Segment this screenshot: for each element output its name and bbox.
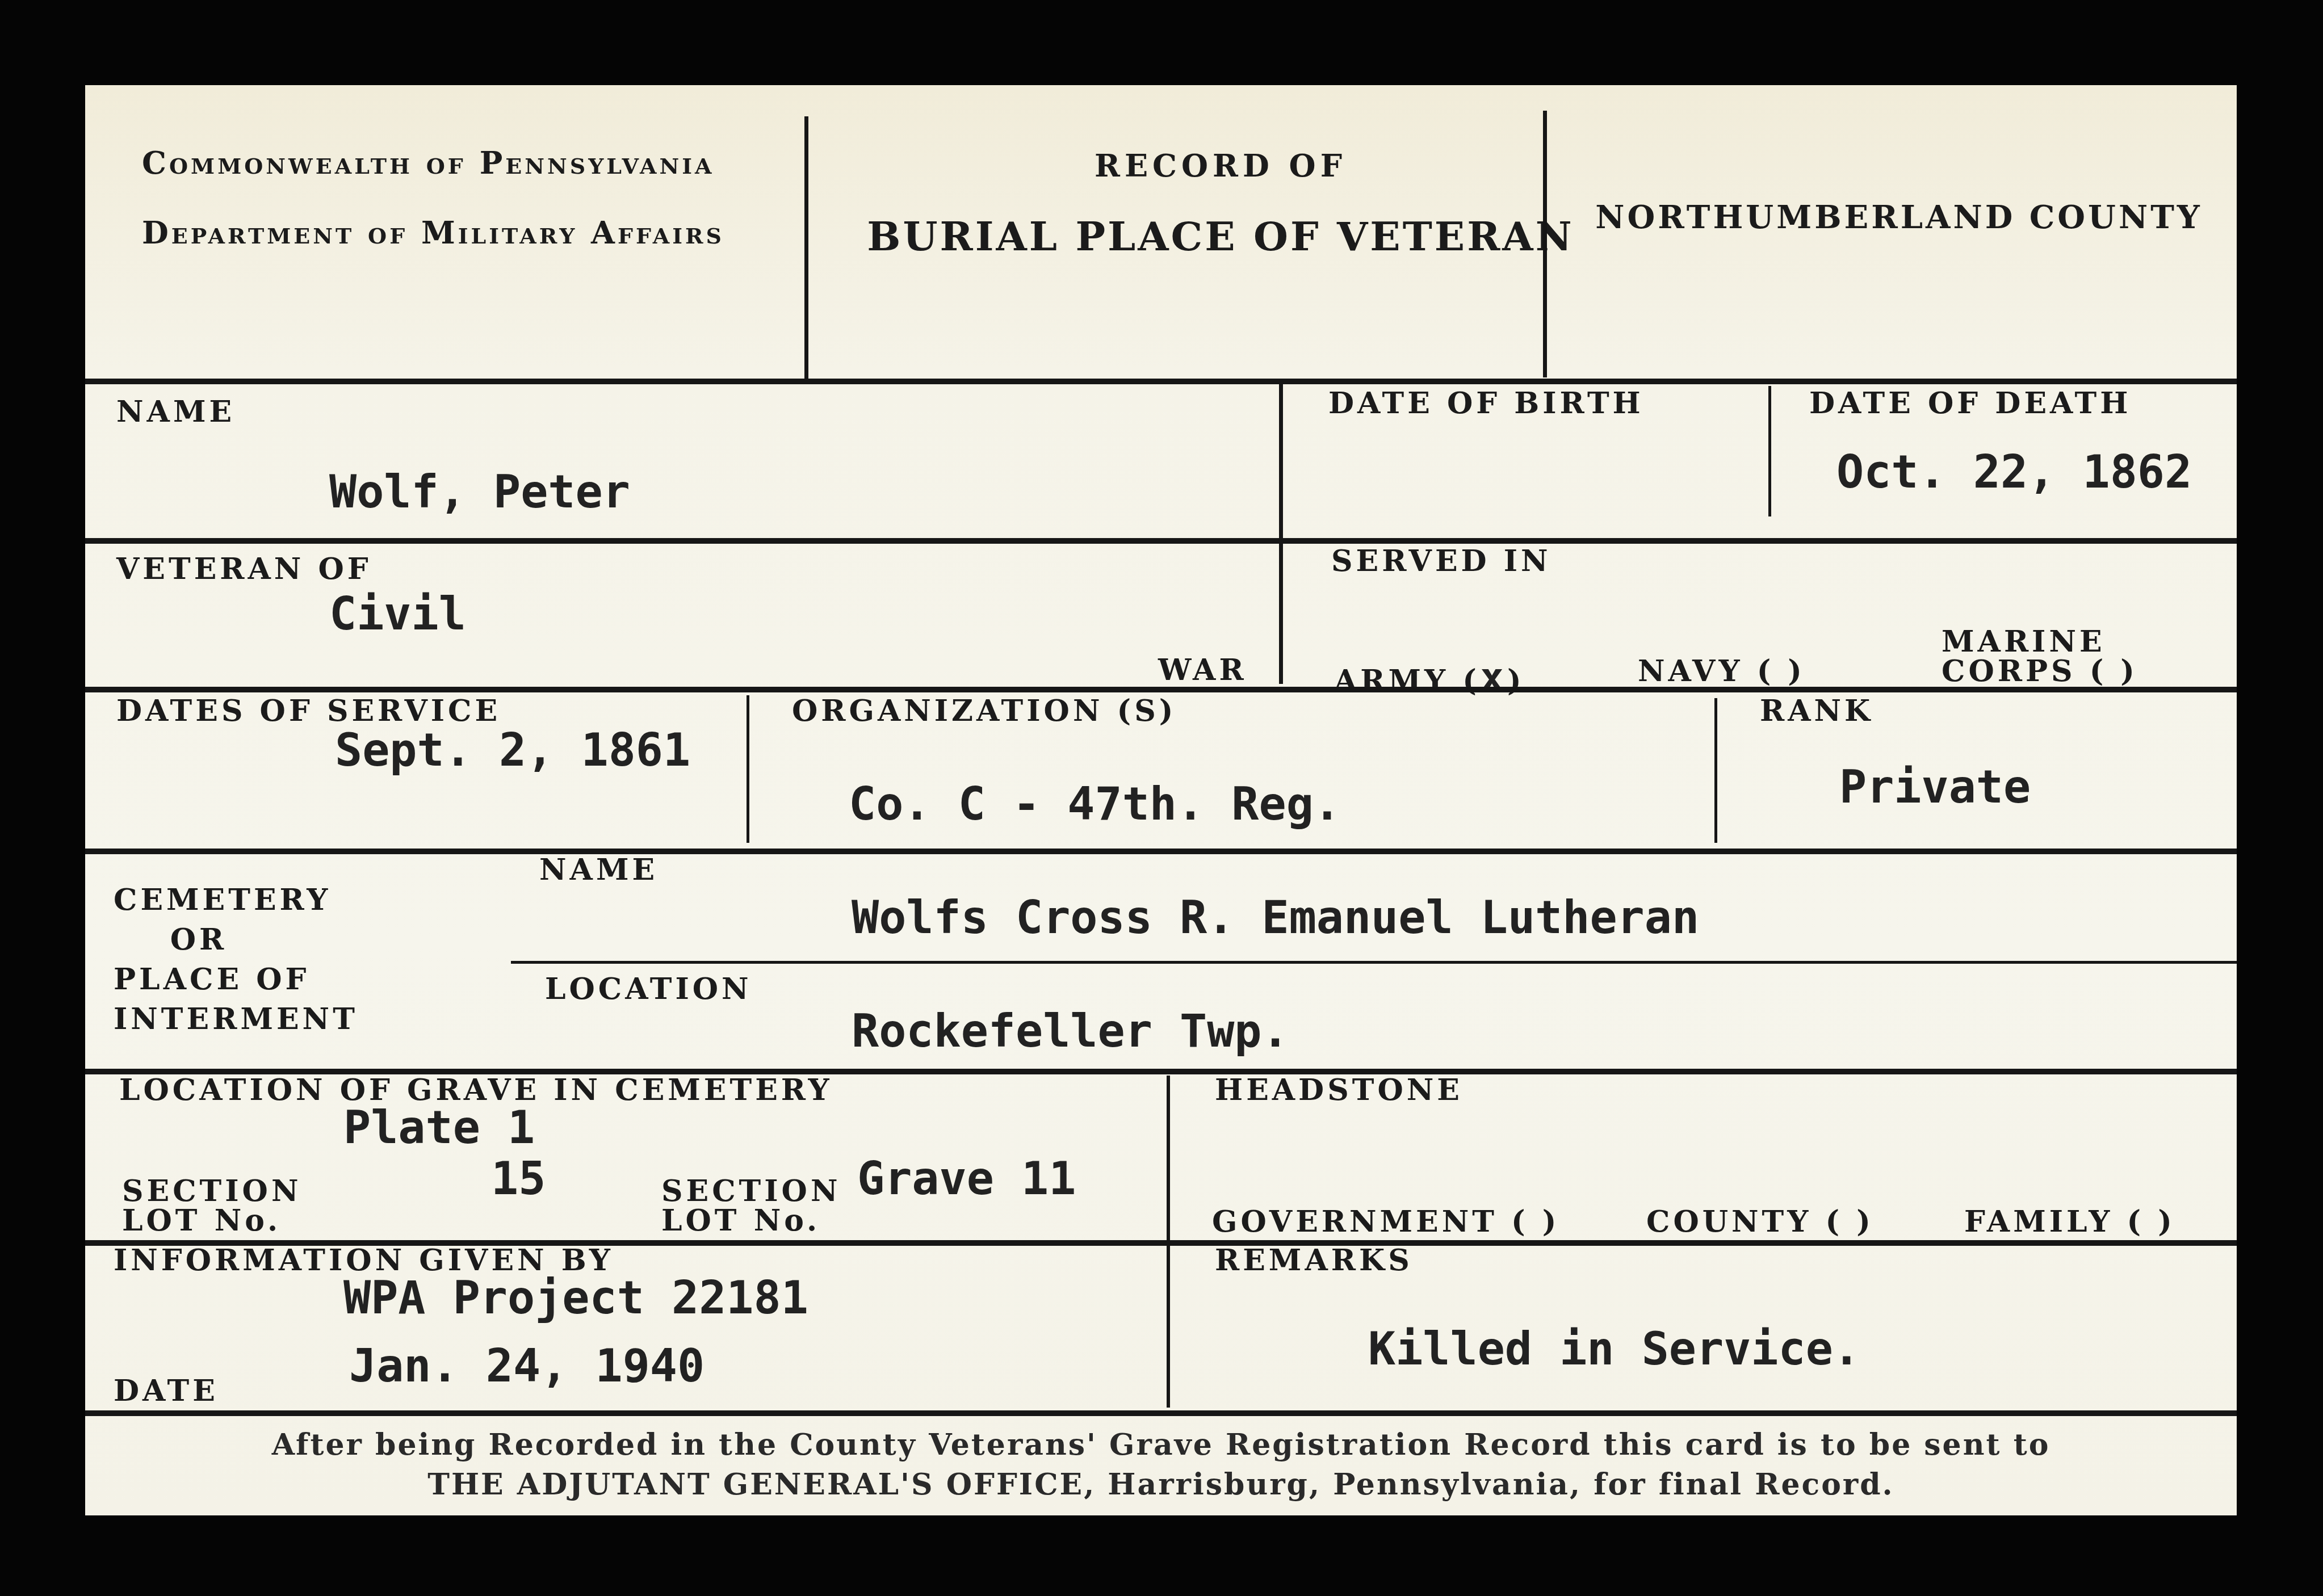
cemetery-or-label: OR: [114, 922, 284, 957]
date-of-death-value: Oct. 22, 1862: [1836, 446, 2192, 498]
divider: [85, 379, 2237, 384]
divider: [85, 687, 2237, 692]
divider: [85, 538, 2237, 544]
plate-value: Plate 1: [343, 1101, 535, 1154]
remarks-label: REMARKS: [1215, 1243, 1413, 1278]
dates-of-service-value: Sept. 2, 1861: [335, 724, 690, 776]
cemetery-name-value: Wolfs Cross R. Emanuel Lutheran: [852, 891, 1699, 944]
cemetery-location-label: LOCATION: [545, 972, 752, 1006]
section-value: 15: [491, 1152, 546, 1205]
army-option: ARMY (x): [1334, 654, 1525, 700]
date-label: DATE: [114, 1374, 219, 1408]
header-title: BURIAL PLACE OF VETERAN: [817, 213, 1624, 260]
veteran-of-label: VETERAN OF: [116, 552, 372, 586]
name-label: NAME: [116, 394, 235, 429]
header-record-of: RECORD OF: [817, 148, 1624, 184]
interment-label: INTERMENT: [114, 1002, 284, 1036]
divider: [1714, 698, 1717, 843]
remarks-value: Killed in Service.: [1368, 1322, 1860, 1375]
cemetery-name-label: NAME: [539, 852, 658, 887]
organization-label: ORGANIZATION (S): [792, 694, 1176, 728]
rank-label: RANK: [1760, 694, 1873, 728]
served-in-label: SERVED IN: [1331, 544, 1552, 578]
veteran-burial-record-card: Commonwealth of Pennsylvania Department …: [85, 85, 2237, 1515]
headstone-label: HEADSTONE: [1215, 1073, 1463, 1107]
header-department: Department of Military Affairs: [142, 215, 724, 251]
lot-label: LOT No.: [122, 1203, 281, 1238]
divider: [747, 695, 749, 843]
lot-2-label: LOT No.: [661, 1203, 820, 1238]
war-label: WAR: [1158, 653, 1247, 687]
dates-of-service-label: DATES OF SERVICE: [116, 694, 501, 728]
army-check-mark: x: [1480, 654, 1507, 700]
name-value: Wolf, Peter: [329, 465, 630, 518]
headstone-county-option: COUNTY ( ): [1646, 1204, 1874, 1239]
divider: [1768, 386, 1771, 516]
footer-instruction-line2: THE ADJUTANT GENERAL'S OFFICE, Harrisbur…: [85, 1467, 2237, 1502]
divider: [1279, 384, 1283, 684]
date-of-birth-label: DATE OF BIRTH: [1328, 386, 1644, 421]
footer-instruction-line1: After being Recorded in the County Veter…: [85, 1427, 2237, 1462]
header-commonwealth: Commonwealth of Pennsylvania: [142, 145, 714, 181]
divider: [85, 849, 2237, 854]
navy-option: NAVY ( ): [1638, 654, 1805, 688]
army-label: ARMY (: [1334, 663, 1480, 698]
headstone-government-option: GOVERNMENT ( ): [1212, 1204, 1559, 1239]
grave-value: Grave 11: [857, 1152, 1076, 1205]
divider: [511, 961, 2237, 964]
army-close: ): [1507, 663, 1525, 698]
place-of-label: PLACE OF: [114, 962, 284, 997]
marine-corps-option: CORPS ( ): [1942, 654, 2138, 688]
organization-value: Co. C - 47th. Reg.: [849, 778, 1341, 830]
date-of-death-label: DATE OF DEATH: [1809, 386, 2131, 421]
cemetery-location-value: Rockefeller Twp.: [852, 1005, 1289, 1057]
header-divider-1: [804, 116, 808, 379]
information-given-by-value: WPA Project 22181: [343, 1271, 808, 1324]
divider: [85, 1410, 2237, 1416]
header-divider-2: [1543, 111, 1547, 377]
cemetery-label: CEMETERY: [114, 883, 284, 917]
headstone-family-option: FAMILY ( ): [1964, 1204, 2175, 1239]
date-value: Jan. 24, 1940: [349, 1339, 705, 1392]
rank-value: Private: [1839, 761, 2031, 813]
veteran-of-value: Civil: [329, 587, 466, 640]
header-county: NORTHUMBERLAND COUNTY: [1561, 199, 2237, 236]
